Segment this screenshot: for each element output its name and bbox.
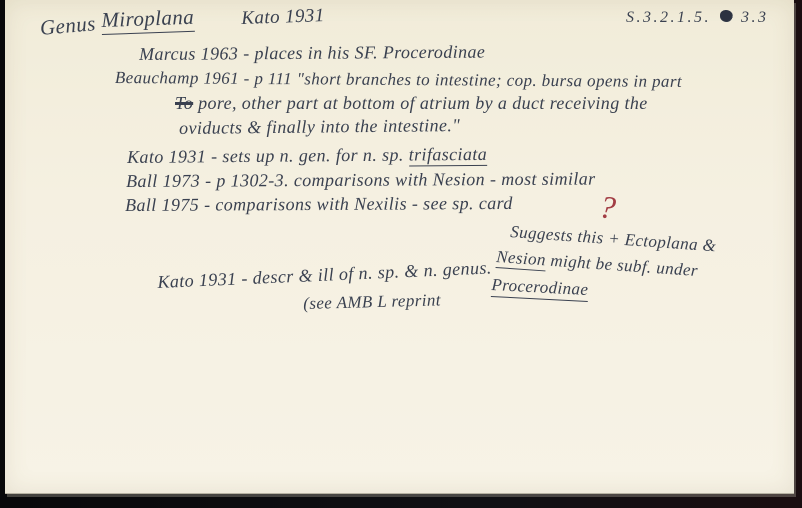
entry-kato-1931-setup-text: Kato 1931 - sets up n. gen. for n. sp. [127, 145, 409, 167]
genus-label: Genus [39, 11, 97, 41]
entry-ball-1973: Ball 1973 - p 1302-3. comparisons with N… [126, 169, 596, 192]
catalog-number-prefix: S.3.2.1.5. [626, 9, 711, 26]
entry-beauchamp-1961-line1: Beauchamp 1961 - p 111 "short branches t… [115, 68, 682, 92]
catalog-number-suffix: 3.3 [741, 9, 769, 26]
reprint-note: (see AMB L reprint [303, 290, 441, 314]
entry-beauchamp-1961-line2: To pore, other part at bottom of atrium … [175, 93, 648, 114]
entry-kato-1931-setup: Kato 1931 - sets up n. gen. for n. sp. t… [127, 144, 487, 168]
index-card: Genus Miroplana Kato 1931 S.3.2.1.5. 3.3… [5, 0, 794, 494]
catalog-number: S.3.2.1.5. 3.3 [626, 9, 769, 27]
genus-name: Miroplana [101, 5, 195, 35]
entry-kato-1931-descr: Kato 1931 - descr & ill of n. sp. & n. g… [157, 257, 492, 293]
entry-ball-1975: Ball 1975 - comparisons with Nexilis - s… [125, 193, 513, 216]
entry-beauchamp-1961-line3: oviducts & finally into the intestine." [179, 115, 460, 139]
scribbled-out-digit-icon [720, 10, 733, 22]
red-query-mark: ? [597, 188, 618, 227]
genus-author: Kato 1931 [241, 5, 325, 30]
margin-note-line3: Procerodinae [491, 275, 589, 302]
margin-note-line2-rest: might be subf. under [550, 251, 699, 280]
species-name-trifasciata: trifasciata [409, 144, 488, 167]
genus-name-nesion: Nesion [496, 247, 547, 271]
entry-marcus-1963: Marcus 1963 - places in his SF. Procerod… [139, 42, 485, 65]
entry-beauchamp-1961-line2-text: pore, other part at bottom of atrium by … [198, 93, 648, 113]
struck-out-word: To [175, 93, 193, 113]
